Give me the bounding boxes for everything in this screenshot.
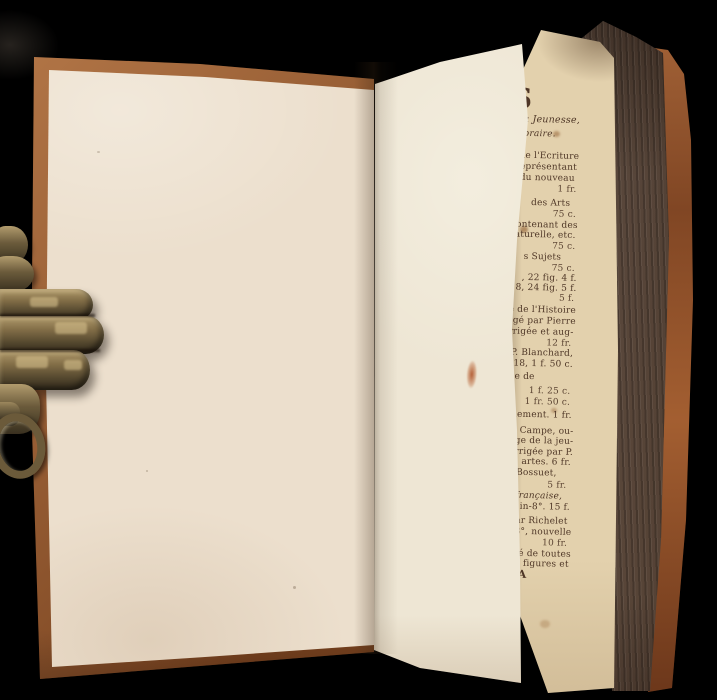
book-photo: S de la Jeunesse, Libraire. es de l'Ecri… (0, 0, 717, 700)
clasp-upper-lump (0, 256, 34, 292)
clasp-highlight (16, 356, 48, 368)
brass-clasp (0, 0, 717, 700)
clasp-highlight (64, 360, 82, 370)
clasp-seam (0, 314, 95, 317)
clasp-highlight (30, 297, 58, 307)
clasp-loop (0, 408, 51, 484)
clasp-seam (0, 349, 100, 352)
clasp-highlight (55, 322, 87, 334)
